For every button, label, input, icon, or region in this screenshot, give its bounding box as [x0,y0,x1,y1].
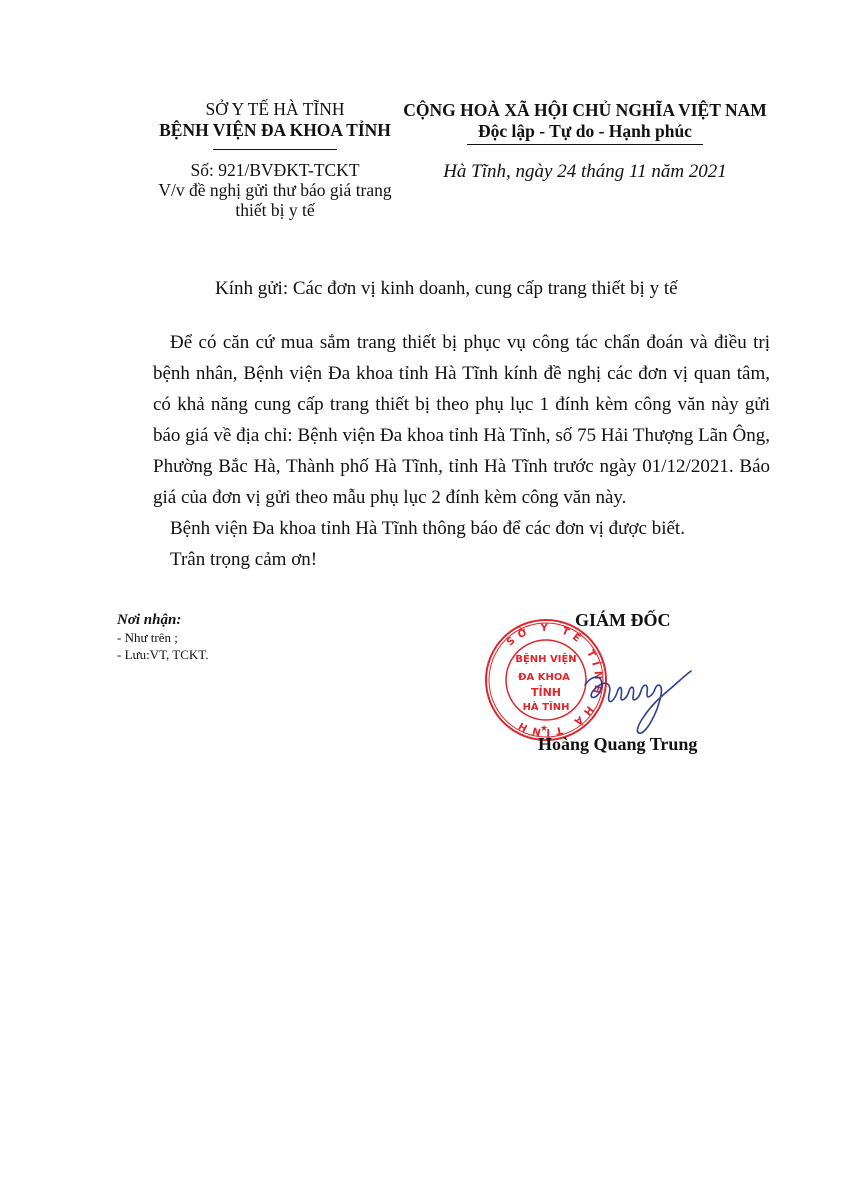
recipients-title: Nơi nhận: [117,611,209,629]
seal-line-1: BỆNH VIỆN [515,652,576,665]
issuer-divider [213,149,337,150]
seal-line-4: HÀ TĨNH [523,700,570,713]
seal-star-icon: ★ [540,723,548,733]
recipients-block: Nơi nhận: - Như trên ; - Lưu:VT, TCKT. [117,611,209,663]
recipient-item: - Như trên ; [117,629,209,646]
seal-line-2: ĐA KHOA [518,672,570,683]
issuer-block: SỞ Y TẾ HÀ TĨNH BỆNH VIỆN ĐA KHOA TỈNH S… [150,99,400,220]
body-paragraph-2: Bệnh viện Đa khoa tỉnh Hà Tĩnh thông báo… [153,513,770,544]
national-motto: Độc lập - Tự do - Hạnh phúc [385,121,785,142]
handwritten-signature-icon [583,655,693,740]
body-paragraph-1: Để có căn cứ mua sắm trang thiết bị phục… [153,327,770,513]
place-date: Hà Tĩnh, ngày 24 tháng 11 năm 2021 [385,161,785,183]
document-number: Số: 921/BVĐKT-TCKT [150,160,400,180]
motto-divider [467,144,703,145]
seal-line-3: TỈNH [531,685,561,699]
letter-body: Để có căn cứ mua sắm trang thiết bị phục… [153,327,770,575]
recipient-item: - Lưu:VT, TCKT. [117,646,209,663]
national-title: CỘNG HOÀ XÃ HỘI CHỦ NGHĨA VIỆT NAM [385,100,785,121]
signer-name: Hoàng Quang Trung [538,734,697,755]
body-paragraph-3: Trân trọng cảm ơn! [153,544,770,575]
signer-position: GIÁM ĐỐC [575,610,671,631]
department-name: SỞ Y TẾ HÀ TĨNH [150,99,400,120]
greeting: Kính gửi: Các đơn vị kinh doanh, cung cấ… [215,278,678,300]
subject-line-2: thiết bị y tế [150,200,400,220]
organization-name: BỆNH VIỆN ĐA KHOA TỈNH [150,120,400,141]
national-header: CỘNG HOÀ XÃ HỘI CHỦ NGHĨA VIỆT NAM Độc l… [385,100,785,183]
subject-line-1: V/v đề nghị gửi thư báo giá trang [150,180,400,200]
